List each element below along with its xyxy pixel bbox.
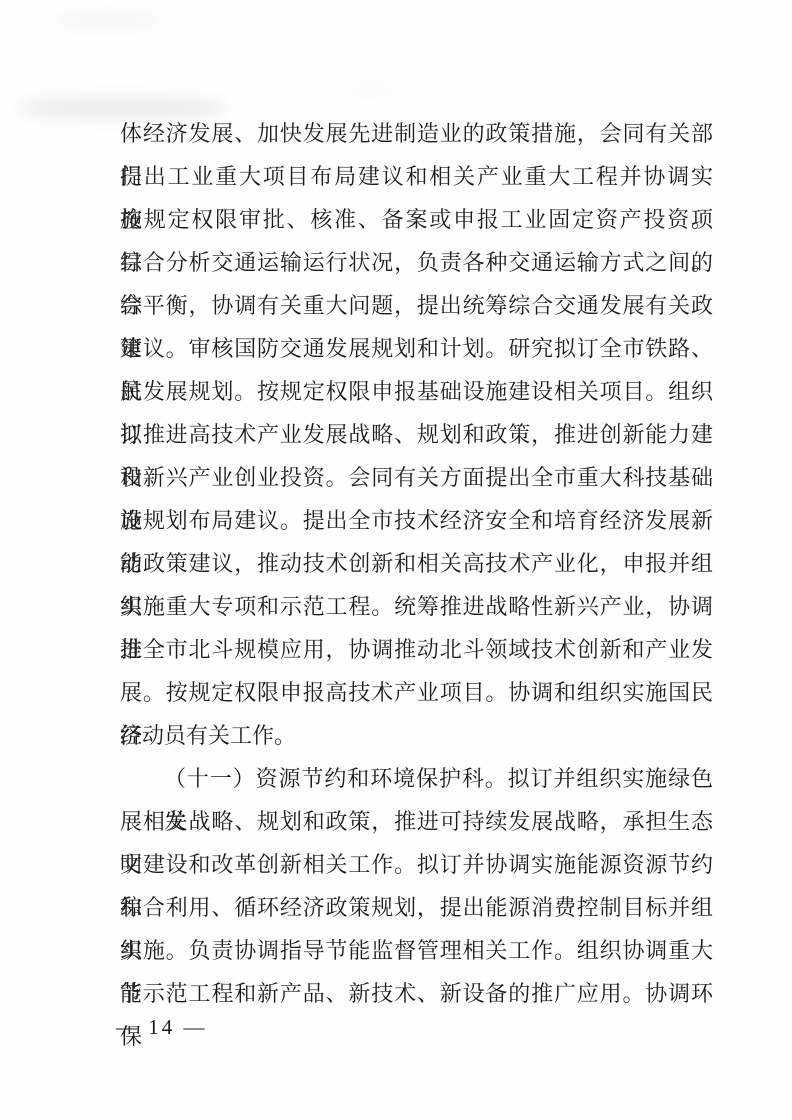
text-line: 实施。负责协调指导节能监督管理相关工作。组织协调重大节 xyxy=(120,929,713,972)
text-line: 实施重大专项和示范工程。统筹推进战略性新兴产业，协调推 xyxy=(120,585,713,628)
text-line: 展。按规定权限申报高技术产业项目。协调和组织实施国民经 xyxy=(120,671,713,714)
document-body-text: 体经济发展、加快发展先进制造业的政策措施，会同有关部门提出工业重大项目布局建议和… xyxy=(120,112,713,1015)
text-line: 和新兴产业创业投资。会同有关方面提出全市重大科技基础设 xyxy=(120,456,713,499)
text-line: 订推进高技术产业发展战略、规划和政策，推进创新能力建设 xyxy=(120,413,713,456)
text-line: 施规划布局建议。提出全市技术经济安全和培育经济发展新动 xyxy=(120,499,713,542)
text-line: 展相关战略、规划和政策，推进可持续发展战略，承担生态文 xyxy=(120,800,713,843)
document-page: 体经济发展、加快发展先进制造业的政策措施，会同有关部门提出工业重大项目布局建议和… xyxy=(0,0,792,1120)
text-line: 明建设和改革创新相关工作。拟订并协调实施能源资源节约和 xyxy=(120,843,713,886)
scan-smudge xyxy=(340,86,400,96)
text-line: 提出工业重大项目布局建议和相关产业重大工程并协调实施。 xyxy=(120,155,713,198)
text-line: 合平衡，协调有关重大问题，提出统筹综合交通发展有关政策 xyxy=(120,284,713,327)
text-line: 能示范工程和新产品、新技术、新设备的推广应用。协调环保 xyxy=(120,972,713,1015)
text-line: 建议。审核国防交通发展规划和计划。研究拟订全市铁路、民 xyxy=(120,327,713,370)
text-line: 济动员有关工作。 xyxy=(120,714,713,757)
text-line: 进全市北斗规模应用，协调推动北斗领域技术创新和产业发 xyxy=(120,628,713,671)
text-line: 体经济发展、加快发展先进制造业的政策措施，会同有关部门 xyxy=(120,112,713,155)
text-line: （十一）资源节约和环境保护科。拟订并组织实施绿色发 xyxy=(120,757,713,800)
text-line: 综合利用、循环经济政策规划，提出能源消费控制目标并组织 xyxy=(120,886,713,929)
text-line: 能政策建议，推动技术创新和相关高技术产业化，申报并组织 xyxy=(120,542,713,585)
page-number: — 14 — xyxy=(116,1012,208,1042)
text-line: 按规定权限审批、核准、备案或申报工业固定资产投资项目。 xyxy=(120,198,713,241)
text-line: 航发展规划。按规定权限申报基础设施建设相关项目。组织拟 xyxy=(120,370,713,413)
text-line: 综合分析交通运输运行状况，负责各种交通运输方式之间的综 xyxy=(120,241,713,284)
scan-smudge xyxy=(52,14,162,28)
